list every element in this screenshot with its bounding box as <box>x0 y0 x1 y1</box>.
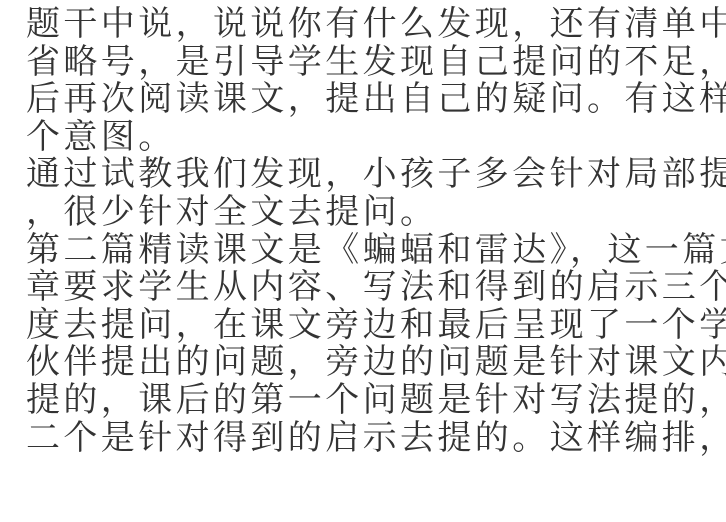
text-line: 二个是针对得到的启示去提的。这样编排，是 <box>26 420 726 458</box>
text-line: 后再次阅读课文，提出自己的疑问。有这样一 <box>26 81 726 119</box>
text-line: 度去提问，在课文旁边和最后呈现了一个学习 <box>26 307 726 345</box>
text-line: 个意图。 <box>26 119 726 157</box>
document-body: 题干中说，说说你有什么发现，还有清单中的 省略号，是引导学生发现自己提问的不足，… <box>26 6 726 457</box>
text-line: 章要求学生从内容、写法和得到的启示三个角 <box>26 269 726 307</box>
text-line: 提的，课后的第一个问题是针对写法提的，第 <box>26 382 726 420</box>
text-line: 伙伴提出的问题，旁边的问题是针对课文内容 <box>26 344 726 382</box>
text-line: 省略号，是引导学生发现自己提问的不足，然 <box>26 44 726 82</box>
text-line: ，很少针对全文去提问。 <box>26 194 726 232</box>
text-line: 通过试教我们发现，小孩子多会针对局部提问 <box>26 156 726 194</box>
text-line: 题干中说，说说你有什么发现，还有清单中的 <box>26 6 726 44</box>
text-line: 第二篇精读课文是《蝙蝠和雷达》，这一篇文 <box>26 232 726 270</box>
